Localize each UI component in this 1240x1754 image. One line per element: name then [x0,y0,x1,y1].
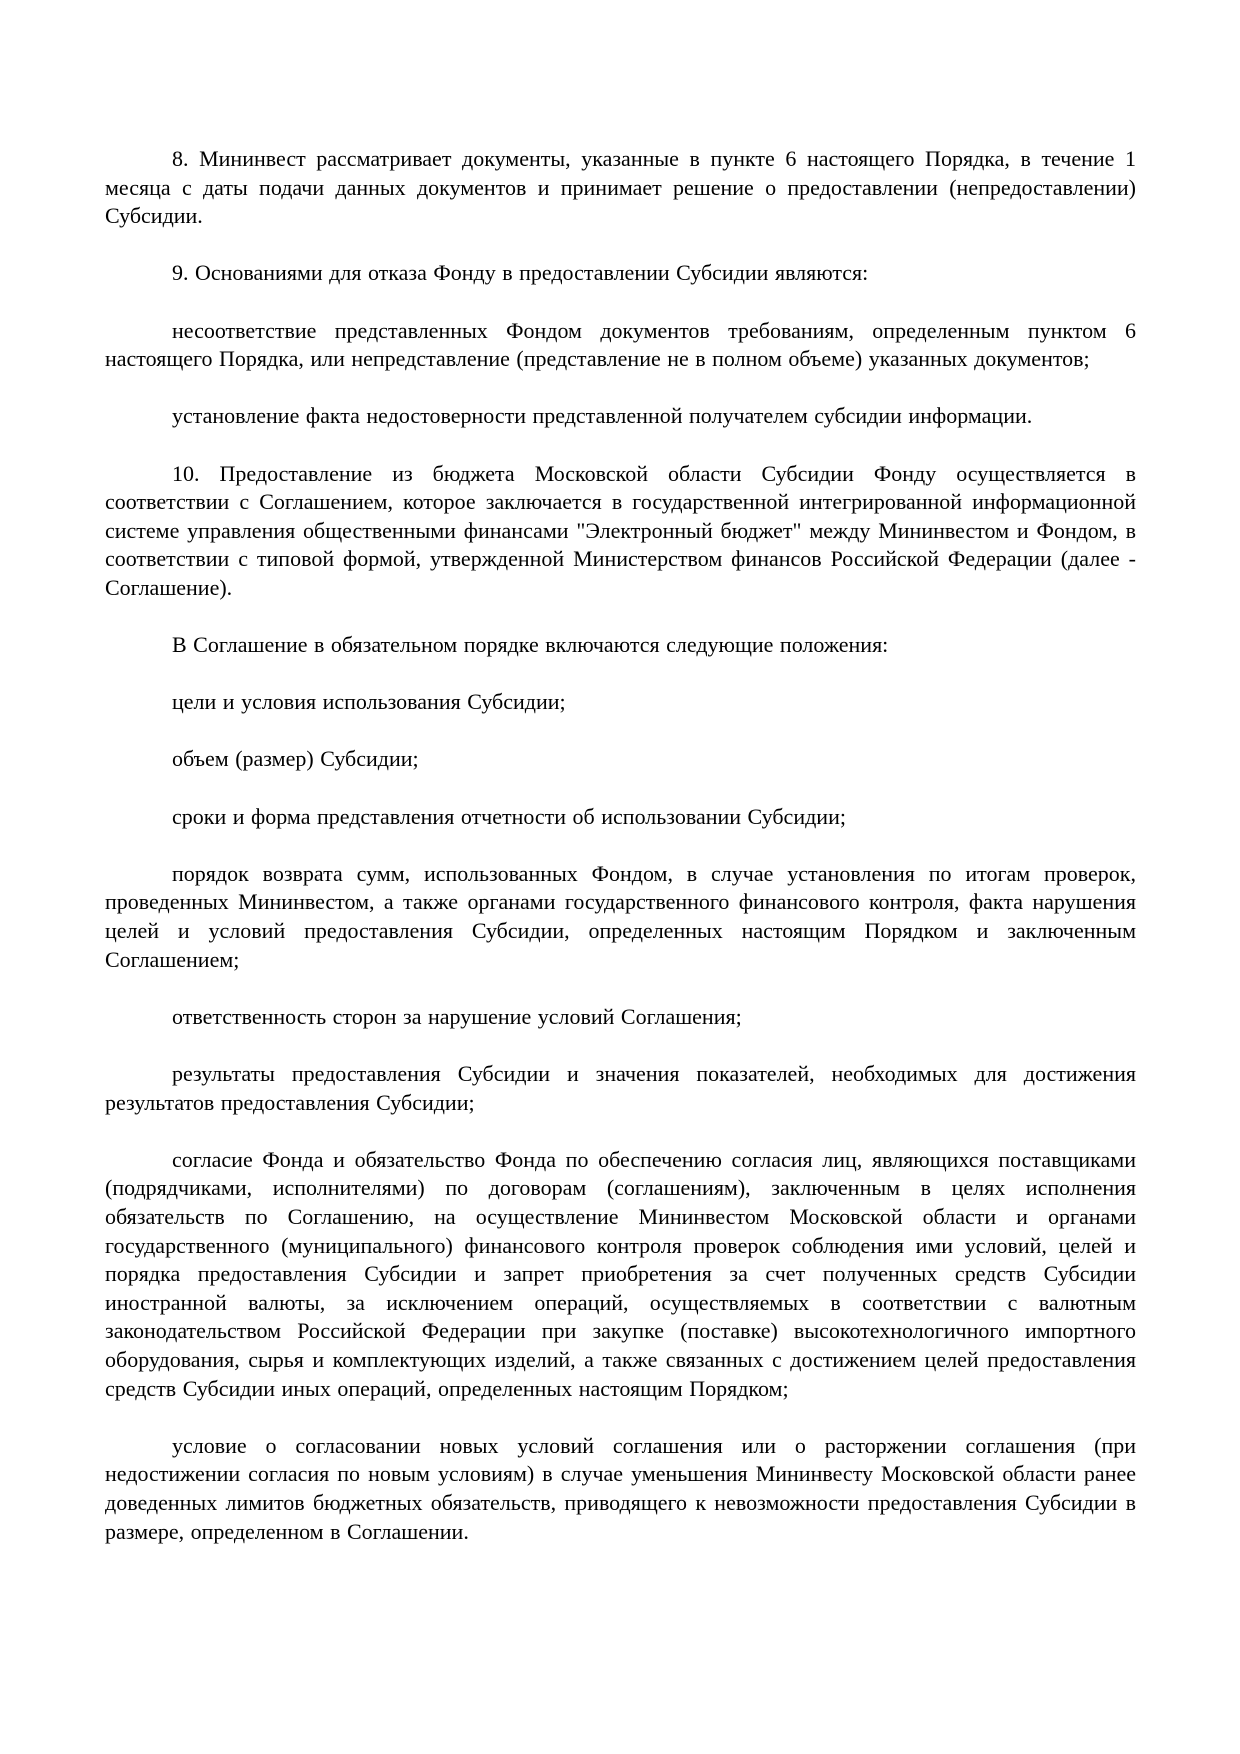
paragraph-agreement-intro: В Соглашение в обязательном порядке вклю… [105,631,1136,660]
paragraph-point-9-reason-1: несоответствие представленных Фондом док… [105,317,1136,374]
paragraph-provision-reporting: сроки и форма представления отчетности о… [105,803,1136,832]
document-page: 8. Мининвест рассматривает документы, ук… [0,0,1240,1754]
paragraph-point-10: 10. Предоставление из бюджета Московской… [105,460,1136,603]
paragraph-provision-new-terms: условие о согласовании новых условий сог… [105,1432,1136,1546]
paragraph-provision-consent: согласие Фонда и обязательство Фонда по … [105,1146,1136,1403]
paragraph-provision-liability: ответственность сторон за нарушение усло… [105,1003,1136,1032]
paragraph-provision-refund: порядок возврата сумм, использованных Фо… [105,860,1136,974]
paragraph-provision-results: результаты предоставления Субсидии и зна… [105,1060,1136,1117]
paragraph-point-8: 8. Мининвест рассматривает документы, ук… [105,145,1136,231]
paragraph-provision-volume: объем (размер) Субсидии; [105,745,1136,774]
paragraph-point-9-reason-2: установление факта недостоверности предс… [105,402,1136,431]
paragraph-point-9: 9. Основаниями для отказа Фонду в предос… [105,259,1136,288]
paragraph-provision-goals: цели и условия использования Субсидии; [105,688,1136,717]
